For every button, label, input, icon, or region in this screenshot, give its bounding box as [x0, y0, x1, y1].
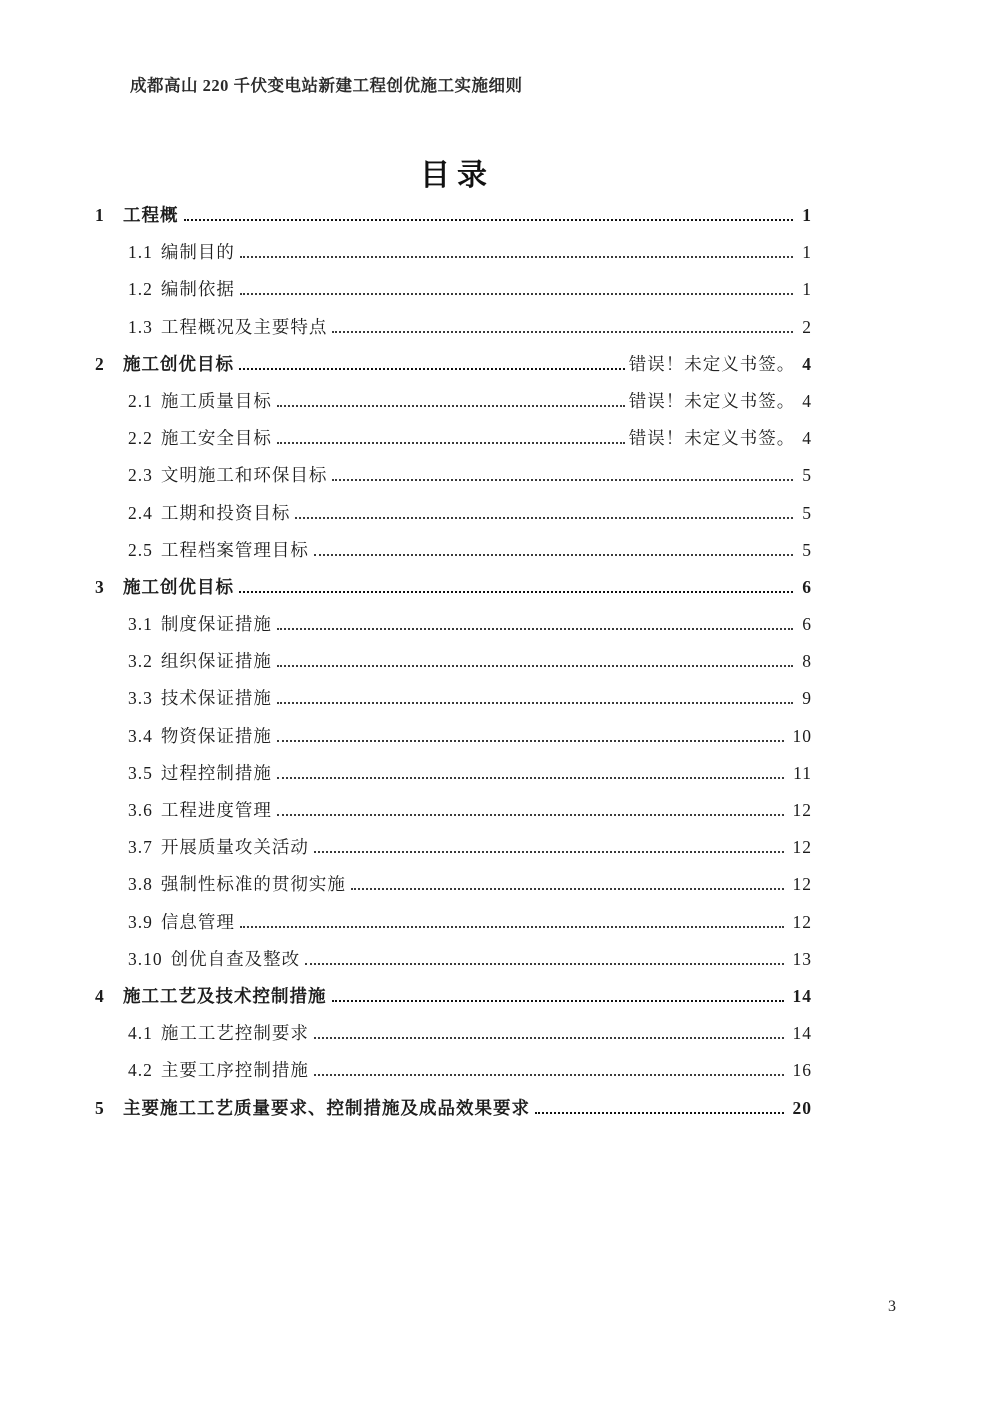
toc-page-number: 5	[802, 465, 812, 486]
toc-entry[interactable]: 5主要施工工艺质量要求、控制措施及成品效果要求20	[95, 1095, 812, 1132]
toc-entry[interactable]: 3.6工程进度管理12	[95, 797, 812, 834]
toc-entry[interactable]: 4.2主要工序控制措施16	[95, 1057, 812, 1094]
toc-entry-number: 3.9	[128, 912, 153, 933]
toc-entry-title: 技术保证措施	[161, 685, 272, 710]
toc-entry-number: 1.2	[128, 279, 153, 300]
toc-page-number: 12	[793, 912, 813, 933]
toc-entry-title: 施工安全目标	[161, 425, 272, 450]
toc-page-number: 4	[802, 428, 812, 449]
toc-leader-dots	[277, 726, 784, 742]
toc-entry-number: 5	[95, 1098, 123, 1119]
toc-entry[interactable]: 3.9信息管理12	[95, 909, 812, 946]
toc-entry-number: 3.7	[128, 837, 153, 858]
toc-entry-number: 3.4	[128, 726, 153, 747]
toc-page-number: 6	[802, 577, 812, 598]
toc-page-number: 4	[802, 354, 812, 375]
document-page: 成都高山 220 千伏变电站新建工程创优施工实施细则 目录 1工程概11.1编制…	[0, 0, 1000, 1411]
toc-entry[interactable]: 2.2施工安全目标错误！未定义书签。4	[95, 425, 812, 462]
toc-leader-dots	[239, 577, 793, 593]
toc-entry[interactable]: 1.3工程概况及主要特点2	[95, 314, 812, 351]
toc-entry[interactable]: 2.1施工质量目标错误！未定义书签。4	[95, 388, 812, 425]
toc-entry-number: 3.6	[128, 800, 153, 821]
toc-entry-title: 工期和投资目标	[161, 500, 291, 525]
toc-entry-title: 施工工艺控制要求	[161, 1020, 309, 1045]
toc-leader-dots	[277, 688, 793, 704]
toc-entry-number: 2.3	[128, 465, 153, 486]
toc-entry-title: 物资保证措施	[161, 723, 272, 748]
toc-leader-dots	[277, 763, 784, 779]
toc-entry-number: 3.2	[128, 651, 153, 672]
toc-leader-dots	[277, 651, 793, 667]
toc-entry-number: 1	[95, 205, 123, 226]
toc-entry[interactable]: 2.4工期和投资目标5	[95, 500, 812, 537]
toc-page-number: 1	[802, 279, 812, 300]
toc-entry-title: 制度保证措施	[161, 611, 272, 636]
toc-page-number: 1	[802, 242, 812, 263]
toc-page-number: 8	[802, 651, 812, 672]
toc-leader-dots	[277, 428, 625, 444]
toc-title: 目录	[95, 150, 812, 194]
toc-entry[interactable]: 3施工创优目标6	[95, 574, 812, 611]
toc-entry[interactable]: 3.3技术保证措施9	[95, 685, 812, 722]
toc-page-number: 9	[802, 688, 812, 709]
toc-page-number: 1	[802, 205, 812, 226]
toc-page-number: 2	[802, 317, 812, 338]
toc-page-number: 10	[793, 726, 813, 747]
toc-entry-title: 过程控制措施	[161, 760, 272, 785]
toc-page-number: 20	[793, 1098, 813, 1119]
toc-entry[interactable]: 3.4物资保证措施10	[95, 723, 812, 760]
toc-entry[interactable]: 3.1制度保证措施6	[95, 611, 812, 648]
toc-leader-dots	[314, 540, 793, 556]
toc-entry-number: 3.3	[128, 688, 153, 709]
toc-entry-title: 编制依据	[161, 276, 235, 301]
toc-entry-number: 2.5	[128, 540, 153, 561]
toc-entry[interactable]: 3.2组织保证措施8	[95, 648, 812, 685]
toc-entry-title: 强制性标准的贯彻实施	[161, 871, 346, 896]
toc-page-number: 11	[793, 763, 812, 784]
toc-page-number: 13	[793, 949, 813, 970]
toc-leader-dots	[332, 986, 784, 1002]
toc-entry-number: 3	[95, 577, 123, 598]
toc-entry[interactable]: 2.3文明施工和环保目标5	[95, 462, 812, 499]
toc-entry-number: 3.1	[128, 614, 153, 635]
toc-entry-number: 3.5	[128, 763, 153, 784]
footer-page-number: 3	[888, 1298, 896, 1316]
toc-leader-dots	[277, 614, 793, 630]
toc-entry-title: 创优自查及整改	[171, 946, 301, 971]
toc-list: 1工程概11.1编制目的11.2编制依据11.3工程概况及主要特点22施工创优目…	[95, 202, 812, 1132]
toc-entry-title: 文明施工和环保目标	[161, 462, 328, 487]
toc-page-number: 6	[802, 614, 812, 635]
toc-leader-dots	[295, 503, 793, 519]
toc-leader-dots	[314, 1023, 784, 1039]
toc-page-number: 14	[793, 1023, 813, 1044]
toc-entry[interactable]: 1.1编制目的1	[95, 239, 812, 276]
toc-leader-dots	[240, 279, 793, 295]
toc-entry-number: 3.10	[128, 949, 163, 970]
toc-entry-title: 施工质量目标	[161, 388, 272, 413]
toc-entry-number: 2	[95, 354, 123, 375]
toc-leader-dots	[314, 1060, 784, 1076]
toc-leader-dots	[351, 874, 784, 890]
toc-entry-title: 主要施工工艺质量要求、控制措施及成品效果要求	[123, 1095, 530, 1120]
toc-entry-title: 工程档案管理目标	[161, 537, 309, 562]
toc-entry[interactable]: 4施工工艺及技术控制措施14	[95, 983, 812, 1020]
toc-page-number: 5	[802, 503, 812, 524]
toc-entry-number: 2.1	[128, 391, 153, 412]
toc-leader-dots	[240, 242, 793, 258]
toc-entry[interactable]: 3.8强制性标准的贯彻实施12	[95, 871, 812, 908]
toc-page-number: 16	[793, 1060, 813, 1081]
toc-leader-dots	[332, 465, 793, 481]
toc-leader-dots	[305, 949, 783, 965]
toc-entry-number: 2.4	[128, 503, 153, 524]
toc-page-number: 4	[802, 391, 812, 412]
toc-entry[interactable]: 1.2编制依据1	[95, 276, 812, 313]
toc-leader-dots	[184, 205, 794, 221]
toc-entry[interactable]: 2施工创优目标错误！未定义书签。4	[95, 351, 812, 388]
toc-entry-title: 组织保证措施	[161, 648, 272, 673]
toc-entry-number: 3.8	[128, 874, 153, 895]
toc-error-text: 错误！未定义书签。	[629, 351, 796, 376]
toc-leader-dots	[535, 1098, 784, 1114]
toc-page-number: 12	[793, 874, 813, 895]
toc-leader-dots	[240, 912, 784, 928]
toc-entry-title: 工程进度管理	[161, 797, 272, 822]
toc-entry-title: 工程概	[123, 202, 179, 227]
toc-entry-title: 施工创优目标	[123, 574, 234, 599]
toc-leader-dots	[332, 317, 793, 333]
toc-entry[interactable]: 3.7开展质量攻关活动12	[95, 834, 812, 871]
document-header-title: 成都高山 220 千伏变电站新建工程创优施工实施细则	[130, 72, 523, 96]
toc-entry-title: 工程概况及主要特点	[161, 314, 328, 339]
toc-page-number: 12	[793, 837, 813, 858]
toc-error-text: 错误！未定义书签。	[629, 425, 796, 450]
toc-leader-dots	[277, 800, 784, 816]
toc-entry-number: 4.2	[128, 1060, 153, 1081]
toc-entry-number: 4	[95, 986, 123, 1007]
toc-entry-title: 编制目的	[161, 239, 235, 264]
toc-entry[interactable]: 3.5过程控制措施11	[95, 760, 812, 797]
toc-entry-title: 信息管理	[161, 909, 235, 934]
toc-error-text: 错误！未定义书签。	[629, 388, 796, 413]
toc-leader-dots	[239, 354, 625, 370]
toc-entry-number: 1.3	[128, 317, 153, 338]
toc-entry-title: 施工工艺及技术控制措施	[123, 983, 327, 1008]
toc-entry[interactable]: 4.1施工工艺控制要求14	[95, 1020, 812, 1057]
toc-entry-number: 1.1	[128, 242, 153, 263]
toc-entry-title: 开展质量攻关活动	[161, 834, 309, 859]
toc-entry-number: 2.2	[128, 428, 153, 449]
toc-page-number: 5	[802, 540, 812, 561]
toc-page-number: 14	[793, 986, 813, 1007]
toc-entry[interactable]: 2.5工程档案管理目标5	[95, 537, 812, 574]
toc-entry-title: 施工创优目标	[123, 351, 234, 376]
toc-page-number: 12	[793, 800, 813, 821]
toc-entry-title: 主要工序控制措施	[161, 1057, 309, 1082]
toc-leader-dots	[277, 391, 625, 407]
toc-entry[interactable]: 1工程概1	[95, 202, 812, 239]
toc-entry[interactable]: 3.10创优自查及整改13	[95, 946, 812, 983]
toc-leader-dots	[314, 837, 784, 853]
toc-entry-number: 4.1	[128, 1023, 153, 1044]
